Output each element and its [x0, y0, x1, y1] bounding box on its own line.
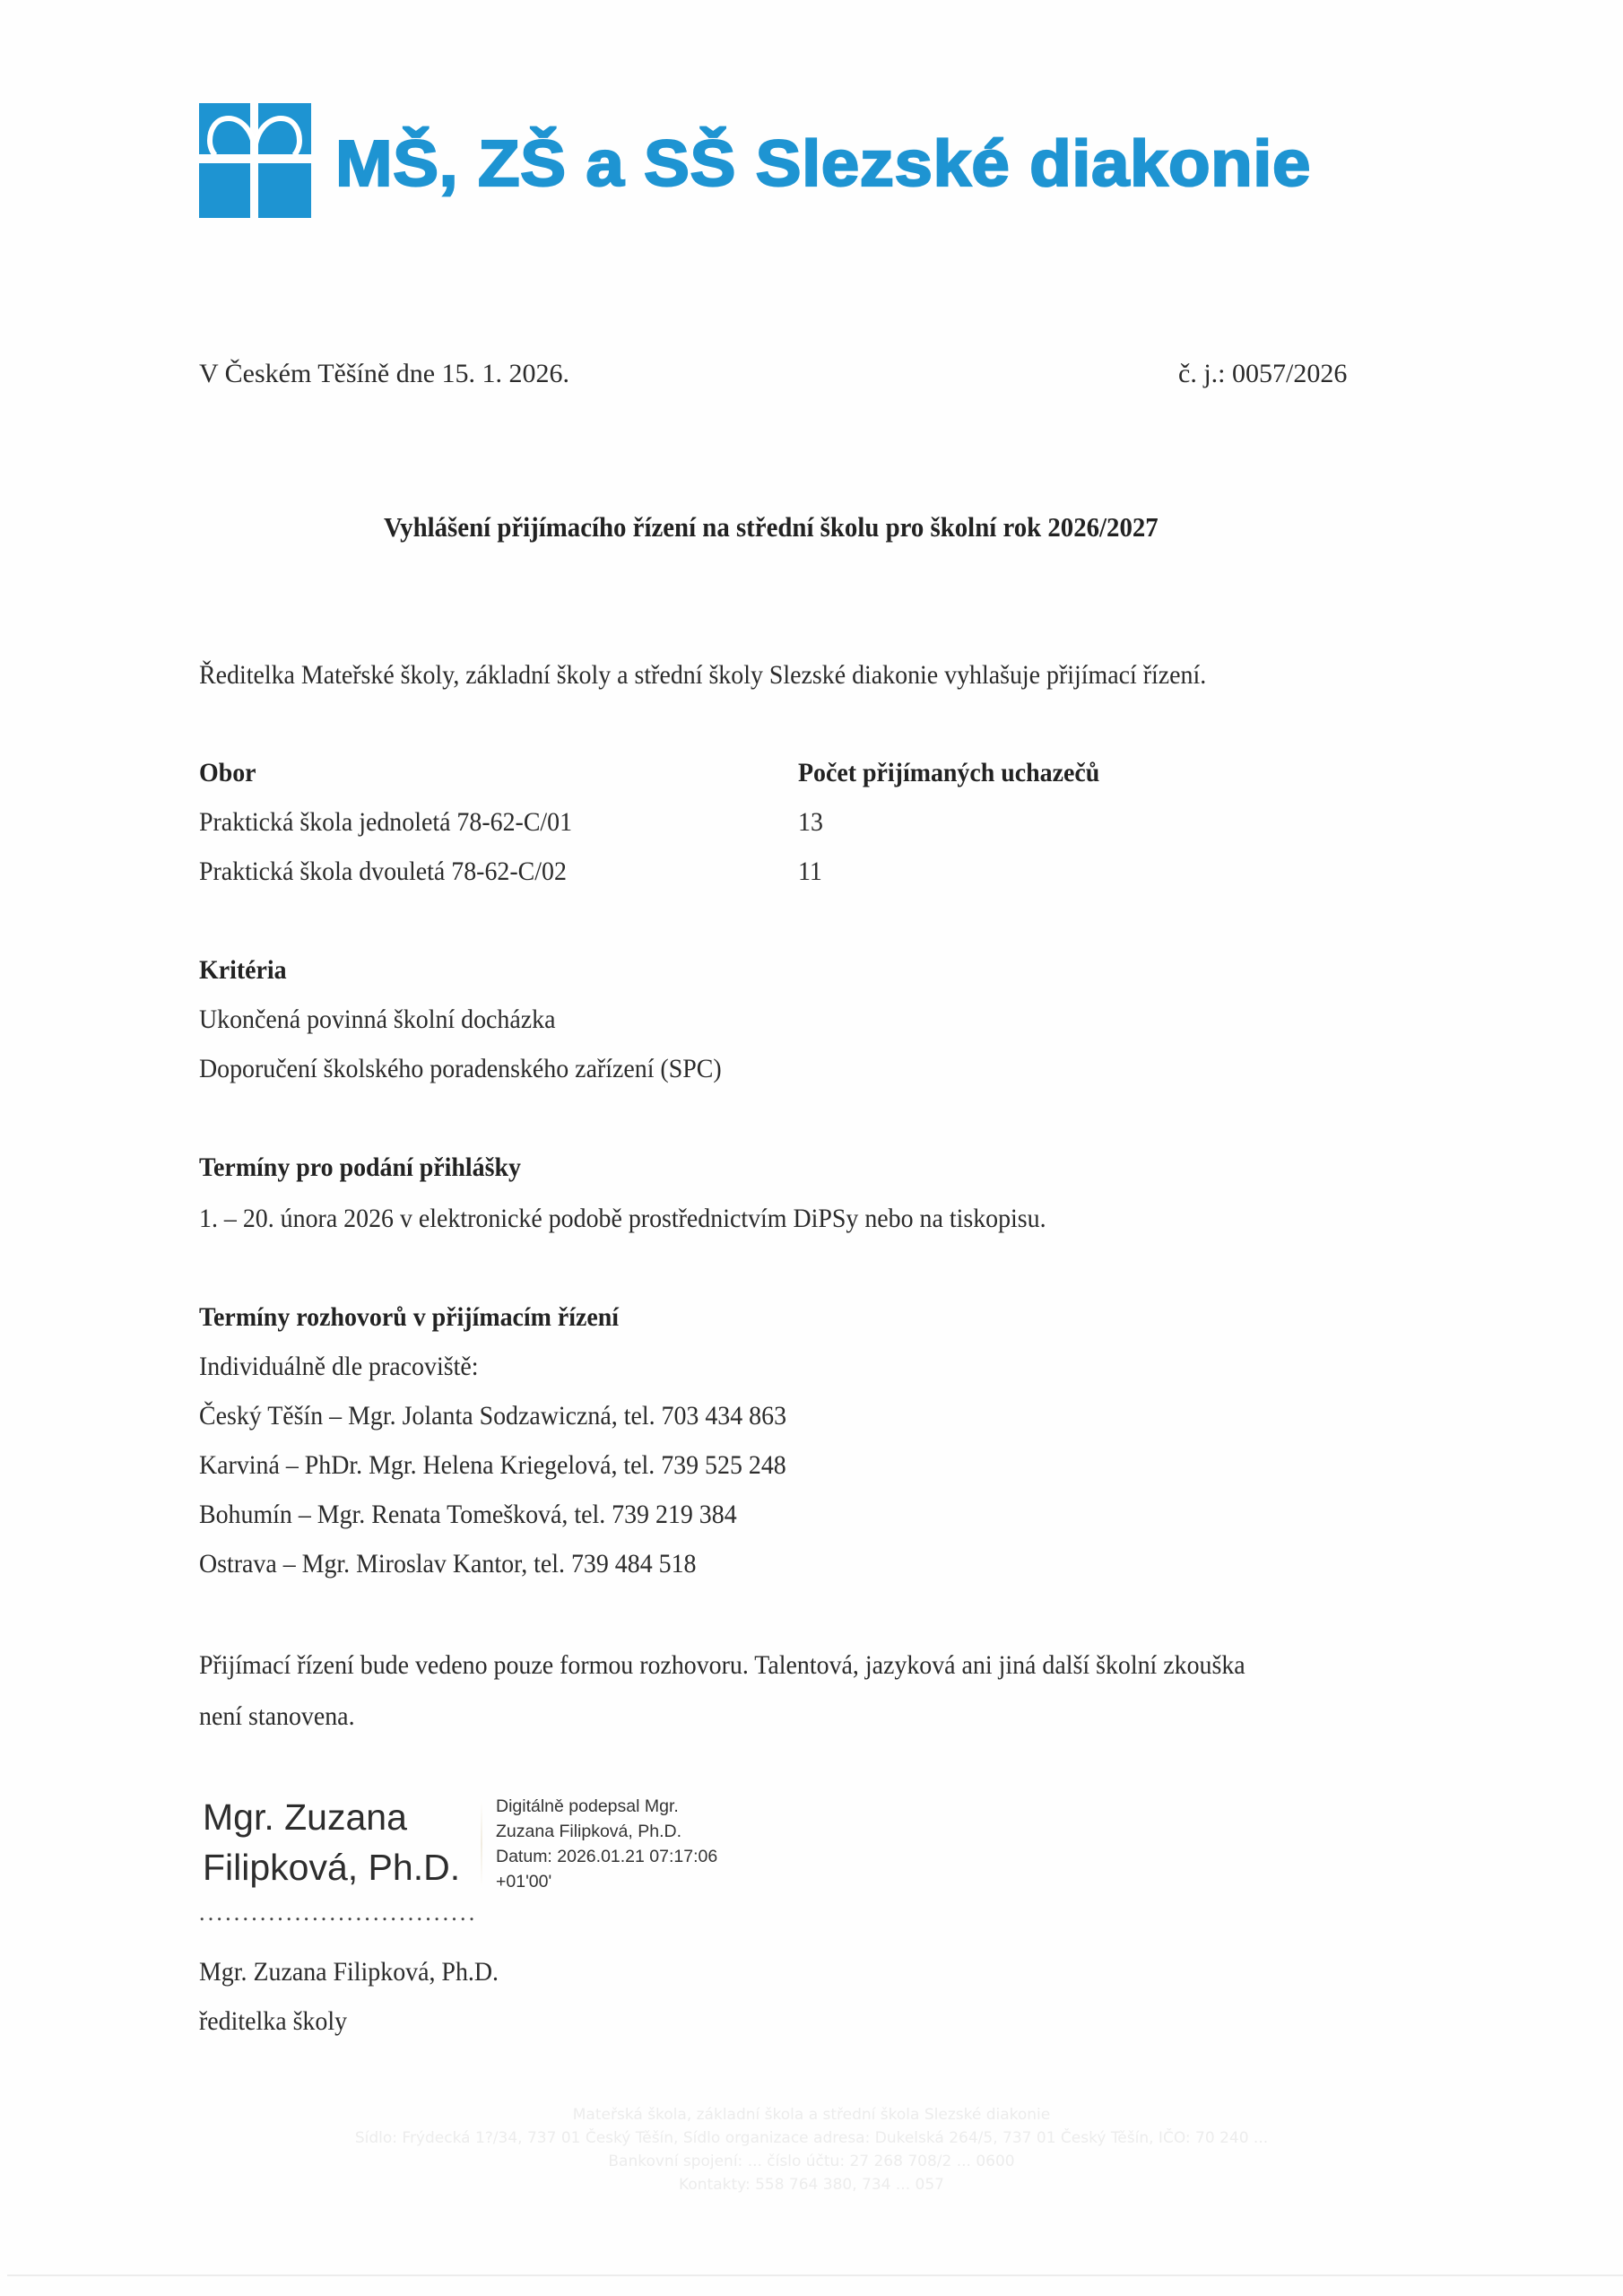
application-heading: Termíny pro podání přihlášky — [199, 1152, 521, 1183]
program-count: 11 — [798, 857, 822, 887]
place-date: V Českém Těšíně dne 15. 1. 2026. — [199, 359, 569, 389]
program-name: Praktická škola jednoletá 78-62-C/01 — [199, 807, 572, 838]
criteria-item: Ukončená povinná školní docházka — [199, 1004, 555, 1035]
signature-info-line: Zuzana Filipková, Ph.D. — [496, 1819, 681, 1844]
signature-info-line: +01'00' — [496, 1869, 551, 1894]
reference-number: č. j.: 0057/2026 — [1178, 359, 1347, 389]
signature-name-line: Mgr. Zuzana — [203, 1792, 407, 1842]
table-header-count: Počet přijímaných uchazečů — [798, 758, 1099, 788]
contact-item: Karviná – PhDr. Mgr. Helena Kriegelová, … — [199, 1450, 786, 1481]
signature-dotted-line: ................................ — [199, 1900, 477, 1926]
program-name: Praktická škola dvouletá 78-62-C/02 — [199, 857, 567, 887]
contact-item: Bohumín – Mgr. Renata Tomešková, tel. 73… — [199, 1500, 737, 1530]
page-title: Vyhlášení přijímacího řízení na střední … — [384, 511, 1159, 544]
signatory-role: ředitelka školy — [199, 2006, 347, 2037]
closing-line: není stanovena. — [199, 1701, 355, 1732]
closing-line: Přijímací řízení bude vedeno pouze formo… — [199, 1650, 1245, 1681]
footer-line: Sídlo: Frýdecká 1?/34, 737 01 Český Těší… — [0, 2126, 1623, 2150]
criteria-item: Doporučení školského poradenského zaříze… — [199, 1054, 722, 1084]
contact-item: Ostrava – Mgr. Miroslav Kantor, tel. 739… — [199, 1549, 696, 1579]
diakonie-cross-logo-icon — [199, 103, 311, 218]
school-name-logo: MŠ, ZŠ a SŠ Slezské diakonie — [335, 127, 1311, 201]
table-header-program: Obor — [199, 758, 256, 788]
program-count: 13 — [798, 807, 823, 838]
signature-info-line: Digitálně podepsal Mgr. — [496, 1794, 679, 1819]
criteria-heading: Kritéria — [199, 955, 287, 986]
interviews-heading: Termíny rozhovorů v přijímacím řízení — [199, 1302, 619, 1333]
signature-divider — [481, 1799, 482, 1889]
contact-item: Český Těšín – Mgr. Jolanta Sodzawiczná, … — [199, 1401, 786, 1431]
signatory-name: Mgr. Zuzana Filipková, Ph.D. — [199, 1957, 499, 1987]
footer-line: Kontakty: 558 764 380, 734 ... 057 — [0, 2173, 1623, 2196]
interviews-intro: Individuálně dle pracoviště: — [199, 1352, 478, 1382]
scan-edge-line — [7, 2274, 1623, 2276]
signature-name-line: Filipková, Ph.D. — [203, 1842, 460, 1892]
signature-info-line: Datum: 2026.01.21 07:17:06 — [496, 1844, 717, 1869]
intro-text: Ředitelka Mateřské školy, základní školy… — [199, 660, 1206, 691]
letterhead-footer: Mateřská škola, základní škola a střední… — [0, 2103, 1623, 2196]
footer-line: Mateřská škola, základní škola a střední… — [0, 2103, 1623, 2126]
document-page: MŠ, ZŠ a SŠ Slezské diakonie V Českém Tě… — [0, 0, 1623, 2296]
application-text: 1. – 20. února 2026 v elektronické podob… — [199, 1204, 1046, 1234]
footer-line: Bankovní spojení: ... číslo účtu: 27 268… — [0, 2150, 1623, 2173]
